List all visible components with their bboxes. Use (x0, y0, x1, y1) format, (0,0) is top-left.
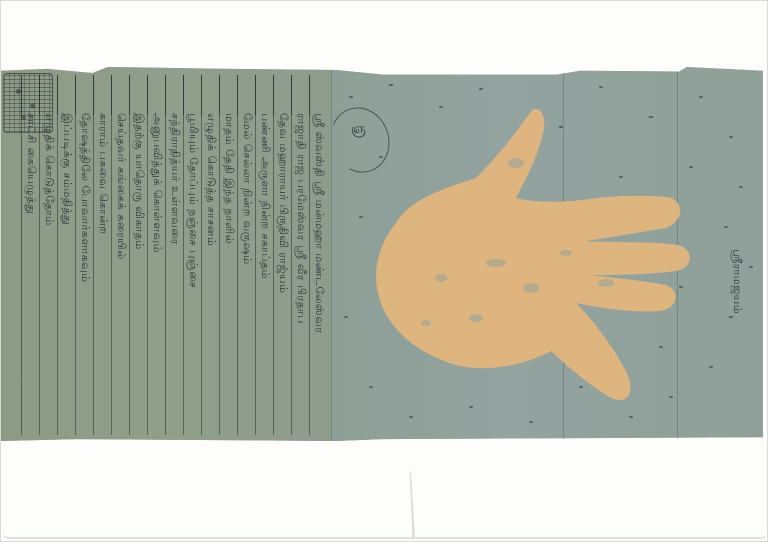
script-line: ஸ்ரீ ஸ்வஸ்தி ஸ்ரீ மன்மஹா மண்டலேஸ்வர (312, 113, 326, 433)
script-line: பூமியும் தோப்பும் நஞ்சை புஞ்சை (186, 113, 200, 433)
script-column: பண்ணி அருளா நின்ற சகாப்தம் (255, 75, 273, 435)
script-column: பூமியும் தோப்பும் நஞ்சை புஞ்சை (183, 75, 201, 435)
script-column: தோஷத்திலே போவார்களாகவும் (75, 75, 93, 435)
script-column: செய்தவர் கங்கைக் கரையில் (111, 75, 129, 435)
script-line: தேவ மஹாராயர் பிருதிவி ராஜ்யம் (276, 113, 290, 433)
script-column: இதற்கு யாதொரு விகாதம் (129, 75, 147, 435)
signature: ஸ்ரீராமஜயம் (731, 249, 744, 314)
script-line: மேல் செல்லா நின்ற வருஷம் (240, 113, 254, 433)
script-column: மேல் செல்லா நின்ற வருஷம் (237, 75, 255, 435)
script-column: காராம் பசுவை கொன்ற (93, 75, 111, 435)
fold-line (331, 67, 332, 441)
script-line: தோஷத்திலே போவார்களாகவும் (78, 113, 92, 433)
script-line: பண்ணி அருளா நின்ற சகாப்தம் (258, 113, 272, 433)
script-column: அனுபவித்துக் கொள்ளவும் (147, 75, 165, 435)
script-line: இப்படிக்கு சம்மதித்து (60, 113, 74, 433)
script-line: காராம் பசுவை கொன்ற (96, 113, 110, 433)
manuscript-paper: ஸ்ரீ ஸ்வஸ்தி ஸ்ரீ மன்மஹா மண்டலேஸ்வர ராஜா… (1, 67, 763, 441)
seal-stamp (3, 73, 53, 133)
script-column: இப்படிக்கு சம்மதித்து (57, 75, 75, 435)
script-column: தேவ மஹாராயர் பிருதிவி ராஜ்யம் (273, 75, 291, 435)
scan-frame: ஸ்ரீ ஸ்வஸ்தி ஸ்ரீ மன்மஹா மண்டலேஸ்வர ராஜா… (0, 0, 768, 542)
script-column: ஸ்ரீ ஸ்வஸ்தி ஸ்ரீ மன்மஹா மண்டலேஸ்வர (309, 75, 327, 435)
script-line: அனுபவித்துக் கொள்ளவும் (150, 113, 164, 433)
script-line: எழுதிக் கொடுத்த சாசனம் (204, 113, 218, 433)
script-line: சந்திராதித்யர் உள்ளவரை (168, 113, 182, 433)
circle-glyph: ஞ (351, 121, 366, 139)
script-line: எழுதிக் கொடுத்தோம் (42, 113, 56, 433)
script-line: ராஜாதி ராஜ பரமேஸ்வர ஸ்ரீ வீர பிரதாப (294, 113, 308, 433)
script-line: சாட்சி கையெழுத்து (24, 113, 38, 433)
script-line: செய்தவர் கங்கைக் கரையில் (114, 113, 128, 433)
handprint (366, 103, 726, 441)
mount-paper-bottom (3, 439, 767, 539)
script-columns: ஸ்ரீ ஸ்வஸ்தி ஸ்ரீ மன்மஹா மண்டலேஸ்வர ராஜா… (5, 75, 327, 435)
script-column: மாதம் தேதி இந்த நாளில் (219, 75, 237, 435)
script-line: மாதம் தேதி இந்த நாளில் (222, 113, 236, 433)
script-column: ராஜாதி ராஜ பரமேஸ்வர ஸ்ரீ வீர பிரதாப (291, 75, 309, 435)
mount-paper-top (3, 3, 767, 71)
script-column: எழுதிக் கொடுத்த சாசனம் (201, 75, 219, 435)
script-line: இதற்கு யாதொரு விகாதம் (132, 113, 146, 433)
script-column: சந்திராதித்யர் உள்ளவரை (165, 75, 183, 435)
